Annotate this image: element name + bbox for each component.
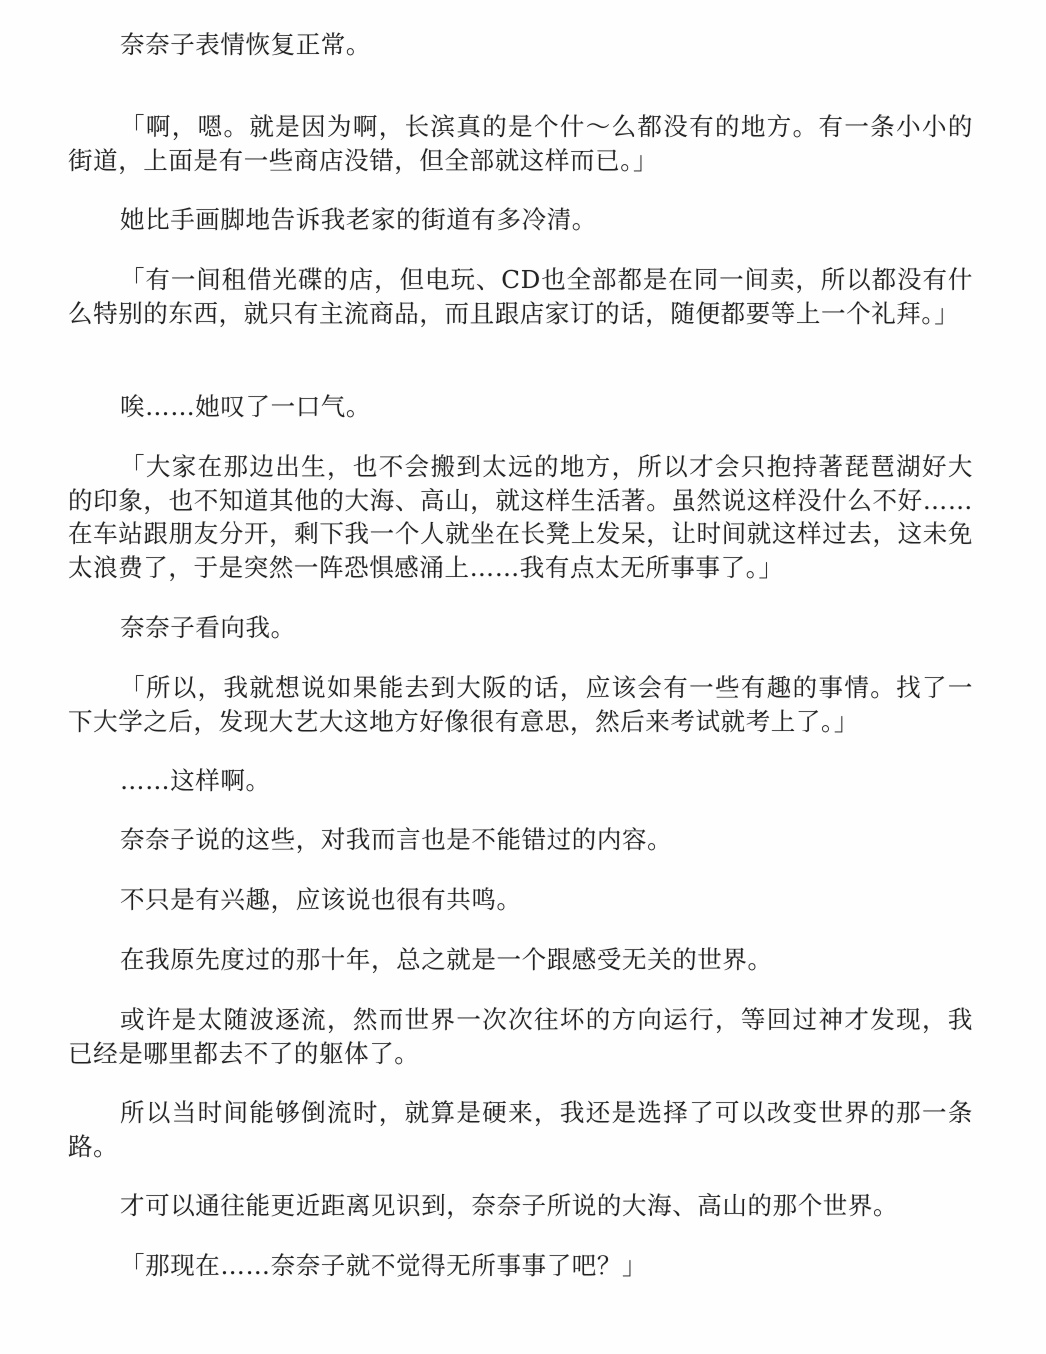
paragraph: 「啊，嗯。就是因为啊，长滨真的是个什～么都没有的地方。有一条小小的街道，上面是有…: [68, 110, 973, 177]
paragraph: 或许是太随波逐流，然而世界一次次往坏的方向运行，等回过神才发现，我已经是哪里都去…: [68, 1003, 973, 1070]
paragraph: 「大家在那边出生，也不会搬到太远的地方，所以才会只抱持著琵琶湖好大的印象，也不知…: [68, 450, 973, 584]
paragraph: 「有一间租借光碟的店，但电玩、CD也全部都是在同一间卖，所以都没有什么特别的东西…: [68, 263, 973, 330]
paragraph: 所以当时间能够倒流时，就算是硬来，我还是选择了可以改变世界的那一条路。: [68, 1096, 973, 1163]
paragraph: ……这样啊。: [68, 764, 973, 798]
paragraph: 「那现在……奈奈子就不觉得无所事事了吧？」: [68, 1249, 973, 1283]
paragraph: 「所以，我就想说如果能去到大阪的话，应该会有一些有趣的事情。找了一下大学之后，发…: [68, 671, 973, 738]
paragraph: 奈奈子看向我。: [68, 611, 973, 645]
paragraph: 奈奈子说的这些，对我而言也是不能错过的内容。: [68, 823, 973, 857]
paragraph: 她比手画脚地告诉我老家的街道有多冷清。: [68, 203, 973, 237]
paragraph: 奈奈子表情恢复正常。: [68, 28, 973, 62]
paragraph: 不只是有兴趣，应该说也很有共鸣。: [68, 883, 973, 917]
document-page: 奈奈子表情恢复正常。 「啊，嗯。就是因为啊，长滨真的是个什～么都没有的地方。有一…: [0, 0, 1046, 1354]
paragraph: 在我原先度过的那十年，总之就是一个跟感受无关的世界。: [68, 943, 973, 977]
paragraph: 才可以通往能更近距离见识到，奈奈子所说的大海、高山的那个世界。: [68, 1189, 973, 1223]
paragraph: 唉……她叹了一口气。: [68, 390, 973, 424]
